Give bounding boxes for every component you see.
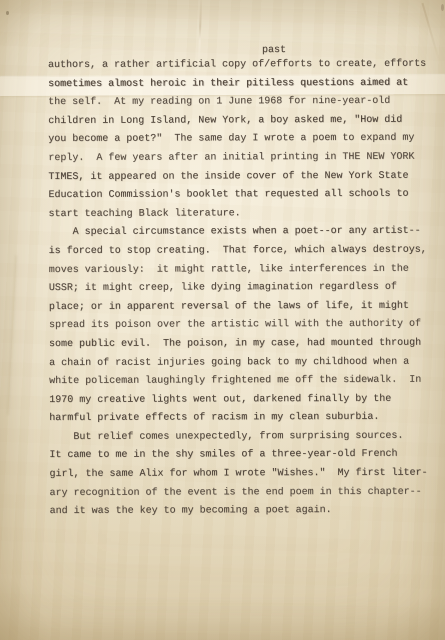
text-line: authors, a rather artificial copy of/eff…	[48, 56, 426, 76]
text-line: and it was the key to my becoming a poet…	[50, 502, 428, 522]
scanned-typewritten-page: authors, a rather artificial copy of/eff…	[0, 0, 445, 640]
text-line: A special circumstance exists when a poe…	[49, 223, 427, 243]
text-line: white policeman laughingly frightened me…	[49, 372, 427, 392]
text-line: ary recognition of the event is the end …	[49, 483, 427, 503]
text-line: is forced to stop creating. That force, …	[49, 242, 427, 262]
text-line: spread its poison over the artistic will…	[49, 316, 427, 336]
text-line: TIMES, it appeared on the inside cover o…	[48, 167, 426, 187]
text-line: 1970 my creative lights went out, darken…	[49, 390, 427, 410]
text-line: children in Long Island, New York, a boy…	[48, 111, 426, 131]
typed-insertion-word: past	[262, 45, 286, 57]
text-line: you become a poet?" The same day I wrote…	[48, 130, 426, 150]
paper-speck	[6, 11, 9, 15]
typed-text-block: authors, a rather artificial copy of/eff…	[48, 56, 428, 522]
text-line: some public evil. The poison, in my case…	[49, 335, 427, 355]
text-line: reply. A few years after an initial prin…	[48, 149, 426, 169]
text-line: USSR; it might creep, like dying imagina…	[49, 279, 427, 299]
text-line: Education Commission's booklet that requ…	[48, 186, 426, 206]
paper-crease-top-right	[421, 3, 440, 63]
text-line: harmful private effects of racism in my …	[49, 409, 427, 429]
text-line: place; or in apparent reversal of the la…	[49, 297, 427, 317]
text-line: a chain of racist injuries going back to…	[49, 353, 427, 373]
text-line: It came to me in the shy smiles of a thr…	[49, 446, 427, 466]
text-line: But relief comes unexpectedly, from surp…	[49, 428, 427, 448]
text-line: moves variously: it might rattle, like i…	[49, 260, 427, 280]
paper-speck	[441, 4, 444, 11]
text-line: start teaching Black literature.	[49, 204, 427, 224]
text-line: the self. At my reading on 1 June 1968 f…	[48, 93, 426, 113]
text-line: girl, the same Alix for whom I wrote "Wi…	[49, 465, 427, 485]
paper-crease-left-edge	[7, 255, 17, 415]
text-line: sometimes almost heroic in their pitiles…	[48, 74, 426, 94]
